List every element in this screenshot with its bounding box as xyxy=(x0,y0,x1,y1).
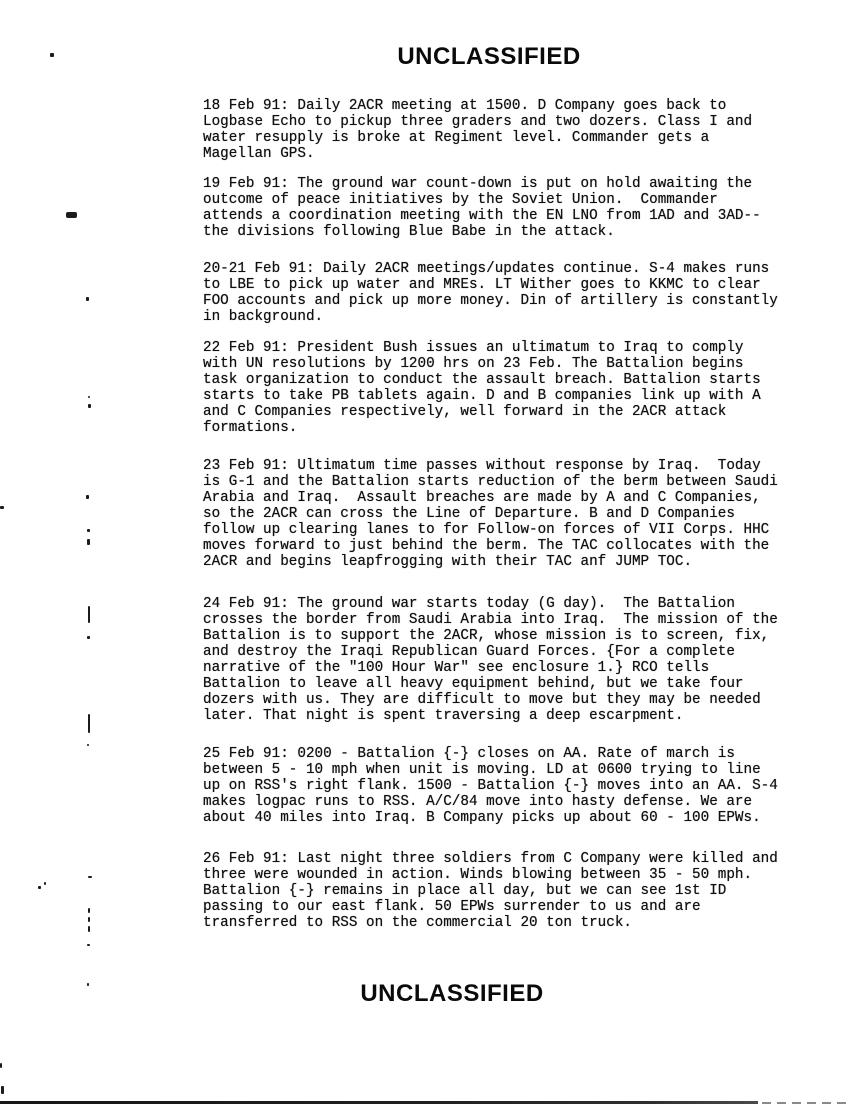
scan-speckle xyxy=(87,529,90,532)
scan-speckle xyxy=(87,636,90,639)
scan-speckle xyxy=(0,1063,2,1068)
scan-speckle xyxy=(86,297,89,301)
log-entry-26-feb-91: 26 Feb 91: Last night three soldiers fro… xyxy=(203,851,778,931)
scan-speckle xyxy=(86,495,89,499)
scan-speckle xyxy=(88,926,90,932)
page-edge-line xyxy=(0,1101,758,1104)
scan-speckle xyxy=(1,1086,4,1094)
scanned-document-page: UNCLASSIFIED 18 Feb 91: Daily 2ACR meeti… xyxy=(0,0,850,1110)
scan-speckle xyxy=(88,606,90,623)
scan-speckle xyxy=(87,983,89,986)
scan-speckle xyxy=(0,506,4,509)
log-entry-20-21-feb-91: 20-21 Feb 91: Daily 2ACR meetings/update… xyxy=(203,261,778,325)
log-entry-24-feb-91: 24 Feb 91: The ground war starts today (… xyxy=(203,596,778,724)
log-entry-22-feb-91: 22 Feb 91: President Bush issues an ulti… xyxy=(203,340,761,436)
scan-speckle xyxy=(50,53,54,57)
scan-speckle xyxy=(88,404,91,408)
scan-speckle xyxy=(87,539,90,545)
scan-speckle xyxy=(44,882,46,885)
classification-footer: UNCLASSIFIED xyxy=(360,980,543,1008)
scan-speckle xyxy=(87,744,89,746)
log-entry-19-feb-91: 19 Feb 91: The ground war count-down is … xyxy=(203,176,761,240)
scan-speckle xyxy=(66,212,77,218)
scan-speckle xyxy=(88,908,90,913)
scan-speckle xyxy=(88,714,90,733)
classification-header: UNCLASSIFIED xyxy=(397,43,580,71)
scan-speckle xyxy=(88,876,92,878)
scan-speckle xyxy=(88,917,90,922)
log-entry-18-feb-91: 18 Feb 91: Daily 2ACR meeting at 1500. D… xyxy=(203,98,752,162)
log-entry-25-feb-91: 25 Feb 91: 0200 - Battalion {-} closes o… xyxy=(203,746,778,826)
scan-speckle xyxy=(87,944,90,946)
log-entry-23-feb-91: 23 Feb 91: Ultimatum time passes without… xyxy=(203,458,778,570)
scan-speckle xyxy=(88,396,90,398)
page-edge-line-dashes xyxy=(762,1102,850,1104)
scan-speckle xyxy=(38,886,41,889)
